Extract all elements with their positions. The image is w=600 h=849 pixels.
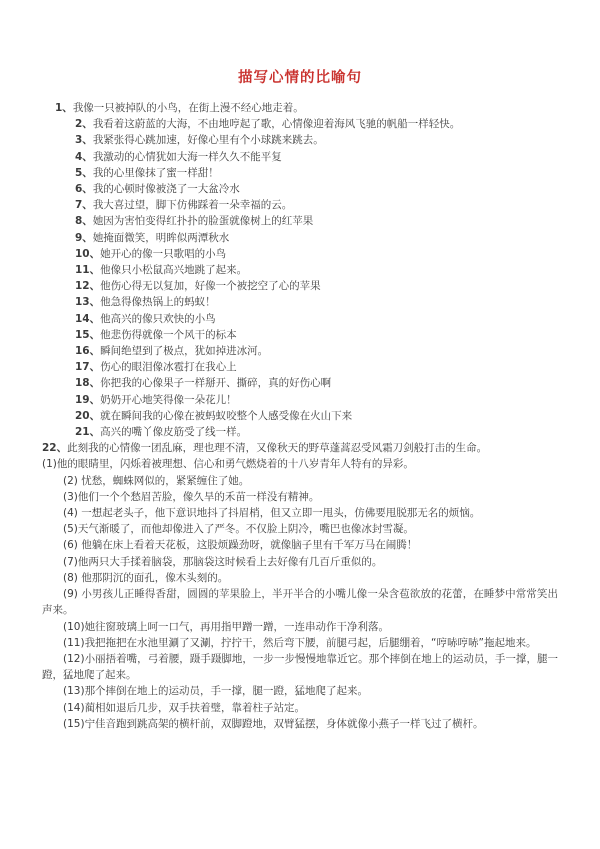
item-text: 我激动的心情犹如大海一样久久不能平复 [93,151,282,163]
item-number: 20、 [75,410,100,422]
item-text: 她开心的像一只歌唱的小鸟 [100,248,226,260]
numbered-list: 1、我像一只被掉队的小鸟，在街上漫不经心地走着。2、我看着这蔚蓝的大海，不由地哼… [42,100,558,456]
item-number: (15) [63,718,85,730]
item-text: 他们一个个愁眉苦脸，像久旱的禾苗一样没有精神。 [78,491,320,503]
item-text: 她掩面微笑，明眸似两潭秋水 [93,232,230,244]
item-number: 5、 [75,167,93,179]
item-text: 他两只大手揉着脑袋，那脑袋这时候看上去好像有几百斤重似的。 [78,556,383,568]
list-item: 8、她因为害怕变得红扑扑的脸蛋就像树上的红苹果 [42,213,558,229]
list-item: (15)宁佳音跑到跳高架的横杆前，双脚蹬地，双臂猛摆，身体就像小燕子一样飞过了横… [42,716,558,732]
item-text: 我紧张得心跳加速，好像心里有个小球跳来跳去。 [93,134,324,146]
item-number: 7、 [75,199,93,211]
paren-list: (1)他的眼睛里，闪烁着被理想、信心和勇气燃烧着的十八岁青年人特有的异彩。(2)… [42,456,558,731]
item-text: 他高兴的像只欢快的小鸟 [100,313,216,325]
item-text: 我像一只被掉队的小鸟，在街上漫不经心地走着。 [73,102,304,114]
list-item: 7、我大喜过望，脚下仿佛踩着一朵幸福的云。 [42,197,558,213]
item-number: 3、 [75,134,93,146]
list-item: 13、他急得像热锅上的蚂蚁！ [42,294,558,310]
item-number: (3) [63,491,78,503]
item-text: 她因为害怕变得红扑扑的脸蛋就像树上的红苹果 [93,215,314,227]
list-item: 14、他高兴的像只欢快的小鸟 [42,311,558,327]
list-item: 21、高兴的嘴丫像皮筋受了线一样。 [42,424,558,440]
list-item: 17、伤心的眼泪像冰雹打在我心上 [42,359,558,375]
item-text: 宁佳音跑到跳高架的横杆前，双脚蹬地，双臂猛摆，身体就像小燕子一样飞过了横杆。 [85,718,484,730]
item-number: (8) [63,572,81,584]
item-text: 天气渐暖了，而他却像进入了严冬。不仅脸上阴冷，嘴巴也像冰封雪凝。 [78,523,414,535]
list-item: 19、奶奶开心地笑得像一朵花儿！ [42,392,558,408]
item-text: 伤心的眼泪像冰雹打在我心上 [100,361,237,373]
item-text: 瞬间绝望到了极点，犹如掉进冰河。 [100,345,268,357]
item-text: 忧愁，蜘蛛网似的，紧紧缠住了她。 [81,475,249,487]
item-text: 他的眼睛里，闪烁着被理想、信心和勇气燃烧着的十八岁青年人特有的异彩。 [57,458,414,470]
list-item: 9、她掩面微笑，明眸似两潭秋水 [42,230,558,246]
list-item: 1、我像一只被掉队的小鸟，在街上漫不经心地走着。 [42,100,558,116]
list-item: 4、我激动的心情犹如大海一样久久不能平复 [42,149,558,165]
item-number: 10、 [75,248,100,260]
list-item: 10、她开心的像一只歌唱的小鸟 [42,246,558,262]
item-number: 13、 [75,296,100,308]
item-text: 就在瞬间我的心像在被蚂蚁咬整个人感受像在火山下来 [100,410,352,422]
list-item: (12)小丽捂着嘴，弓着腰，蹑手蹑脚地，一步一步慢慢地靠近它。那个摔倒在地上的运… [42,651,558,683]
list-item: (3)他们一个个愁眉苦脸，像久旱的禾苗一样没有精神。 [42,489,558,505]
item-text: 我的心顿时像被浇了一大盆冷水 [93,183,240,195]
item-number: 17、 [75,361,100,373]
list-item: 11、他像只小松鼠高兴地跳了起来。 [42,262,558,278]
item-number: 19、 [75,394,100,406]
list-item: 12、他伤心得无以复加，好像一个被挖空了心的苹果 [42,278,558,294]
item-text: 我把拖把在水池里涮了又涮，拧拧干，然后弯下腰，前腿弓起，后腿绷着，“哼哧哼哧”拖… [85,637,537,649]
item-text: 此刻我的心情像一团乱麻，理也理不清，又像秋天的野草蓬蒿忍受风霜刀剑般打击的生命。 [67,442,487,454]
list-item: 16、瞬间绝望到了极点，犹如掉进冰河。 [42,343,558,359]
item-text: 她往窗玻璃上呵一口气，再用指甲蹭一蹭，一连串动作干净利落。 [85,621,390,633]
item-text: 我大喜过望，脚下仿佛踩着一朵幸福的云。 [93,199,293,211]
item-number: (5) [63,523,78,535]
item-number: 4、 [75,151,93,163]
list-item: 2、我看着这蔚蓝的大海，不由地哼起了歌，心情像迎着海风飞驰的帆船一样轻快。 [42,116,558,132]
document-page: 描写心情的比喻句 1、我像一只被掉队的小鸟，在街上漫不经心地走着。2、我看着这蔚… [0,0,600,849]
list-item: 3、我紧张得心跳加速，好像心里有个小球跳来跳去。 [42,132,558,148]
item-text: 奶奶开心地笑得像一朵花儿！ [100,394,237,406]
item-text: 我看着这蔚蓝的大海，不由地哼起了歌，心情像迎着海风飞驰的帆船一样轻快。 [93,118,461,130]
list-item: 22、此刻我的心情像一团乱麻，理也理不清，又像秋天的野草蓬蒿忍受风霜刀剑般打击的… [42,440,558,456]
item-number: (4) [63,507,81,519]
item-number: (10) [63,621,85,633]
list-item: (9) 小男孩儿正睡得香甜，圆圆的苹果脸上，半开半合的小嘴儿像一朵含苞欲放的花蕾… [42,586,558,618]
item-number: (1) [42,458,57,470]
item-text: 你把我的心像果子一样掰开、撕碎，真的好伤心啊 [100,377,331,389]
list-item: (8) 他那阴沉的面孔，像木头刻的。 [42,570,558,586]
item-number: (2) [63,475,81,487]
list-item: (6) 他躺在床上看着天花板，这股烦躁劲呀，就像脑子里有千军万马在闹腾！ [42,537,558,553]
list-item: 18、你把我的心像果子一样掰开、撕碎，真的好伤心啊 [42,375,558,391]
item-text: 他急得像热锅上的蚂蚁！ [100,296,216,308]
item-number: 15、 [75,329,100,341]
list-item: 20、就在瞬间我的心像在被蚂蚁咬整个人感受像在火山下来 [42,408,558,424]
item-number: 11、 [75,264,100,276]
item-number: 9、 [75,232,93,244]
list-item: (14)蔺相如退后几步，双手扶着璧，靠着柱子站定。 [42,700,558,716]
item-number: 8、 [75,215,93,227]
document-content: 描写心情的比喻句 1、我像一只被掉队的小鸟，在街上漫不经心地走着。2、我看着这蔚… [0,0,600,732]
item-text: 他那阴沉的面孔，像木头刻的。 [81,572,228,584]
item-number: (6) [63,539,81,551]
list-item: (10)她往窗玻璃上呵一口气，再用指甲蹭一蹭，一连串动作干净利落。 [42,619,558,635]
item-number: 21、 [75,426,100,438]
item-number: 16、 [75,345,100,357]
item-number: 18、 [75,377,100,389]
item-text: 小丽捂着嘴，弓着腰，蹑手蹑脚地，一步一步慢慢地靠近它。那个摔倒在地上的运动员，手… [42,653,558,681]
list-item: 15、他悲伤得就像一个风干的标本 [42,327,558,343]
item-number: (7) [63,556,78,568]
list-item: (7)他两只大手揉着脑袋，那脑袋这时候看上去好像有几百斤重似的。 [42,554,558,570]
item-text: 小男孩儿正睡得香甜，圆圆的苹果脸上，半开半合的小嘴儿像一朵含苞欲放的花蕾，在睡梦… [42,588,558,616]
item-number: 6、 [75,183,93,195]
item-text: 他躺在床上看着天花板，这股烦躁劲呀，就像脑子里有千军万马在闹腾！ [81,539,417,551]
item-text: 高兴的嘴丫像皮筋受了线一样。 [100,426,247,438]
item-text: 他像只小松鼠高兴地跳了起来。 [100,264,247,276]
item-number: (13) [63,685,85,697]
list-item: (4) 一想起老头子，他下意识地抖了抖眉梢，但又立即一甩头，仿佛要甩脱那无名的烦… [42,505,558,521]
item-number: 14、 [75,313,100,325]
list-item: (13)那个摔倒在地上的运动员，手一撑，腿一蹬，猛地爬了起来。 [42,683,558,699]
item-text: 蔺相如退后几步，双手扶着璧，靠着柱子站定。 [85,702,306,714]
list-item: (2) 忧愁，蜘蛛网似的，紧紧缠住了她。 [42,473,558,489]
item-number: 2、 [75,118,93,130]
item-text: 他悲伤得就像一个风干的标本 [100,329,237,341]
list-item: (11)我把拖把在水池里涮了又涮，拧拧干，然后弯下腰，前腿弓起，后腿绷着，“哼哧… [42,635,558,651]
item-text: 那个摔倒在地上的运动员，手一撑，腿一蹬，猛地爬了起来。 [85,685,369,697]
item-text: 他伤心得无以复加，好像一个被挖空了心的苹果 [100,280,321,292]
page-title: 描写心情的比喻句 [42,66,558,87]
item-number: 12、 [75,280,100,292]
item-number: (12) [63,653,85,665]
item-number: (14) [63,702,85,714]
item-number: (11) [63,637,85,649]
item-number: 1、 [55,102,73,114]
list-item: 5、我的心里像抹了蜜一样甜！ [42,165,558,181]
item-text: 一想起老头子，他下意识地抖了抖眉梢，但又立即一甩头，仿佛要甩脱那无名的烦恼。 [81,507,480,519]
item-number: 22、 [42,442,67,454]
item-text: 我的心里像抹了蜜一样甜！ [93,167,219,179]
list-item: (1)他的眼睛里，闪烁着被理想、信心和勇气燃烧着的十八岁青年人特有的异彩。 [42,456,558,472]
list-item: (5)天气渐暖了，而他却像进入了严冬。不仅脸上阴冷，嘴巴也像冰封雪凝。 [42,521,558,537]
list-item: 6、我的心顿时像被浇了一大盆冷水 [42,181,558,197]
item-number: (9) [63,588,81,600]
